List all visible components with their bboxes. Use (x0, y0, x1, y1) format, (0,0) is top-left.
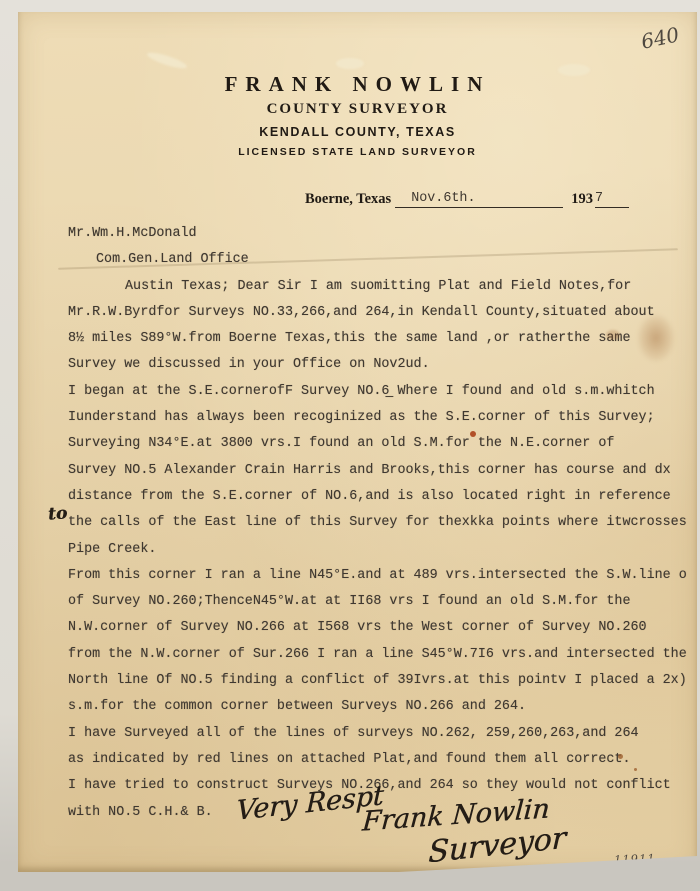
letter-paper: FRANK NOWLIN COUNTY SURVEYOR KENDALL COU… (18, 12, 697, 872)
typed-line: Mr.R.W.Byrdfor Surveys NO.33,266,and 264… (68, 300, 693, 326)
handwritten-margin-note: to (47, 503, 68, 524)
dateline: Boerne, Texas Nov.6th. 193 7 (305, 190, 629, 208)
typed-line: the calls of the East line of this Surve… (68, 510, 693, 536)
typed-line-recipient-name: Mr.Wm.H.McDonald (68, 221, 693, 247)
dateline-year-suffix: 7 (595, 190, 629, 208)
dateline-date: Nov.6th. (395, 190, 563, 208)
typed-line: distance from the S.E.corner of NO.6,and… (68, 484, 693, 510)
typed-line: Pipe Creek. (68, 537, 693, 563)
typed-line: s.m.for the common corner between Survey… (68, 694, 693, 720)
letterhead-title: COUNTY SURVEYOR (18, 101, 697, 118)
typed-line: from the N.W.corner of Sur.266 I ran a l… (68, 642, 693, 668)
dateline-place: Boerne, Texas (305, 191, 391, 208)
typed-line: of Survey NO.260;ThenceN45°W.at at II68 … (68, 589, 693, 615)
letterhead-license: LICENSED STATE LAND SURVEYOR (18, 146, 697, 158)
typed-line: North line Of NO.5 finding a conflict of… (68, 668, 693, 694)
pencil-number-bottom-right: 11911 (614, 851, 656, 866)
typed-line: I began at the S.E.cornerofF Survey NO.6… (68, 379, 693, 405)
typed-line: N.W.corner of Survey NO.266 at I568 vrs … (68, 615, 693, 641)
typed-line: Survey NO.5 Alexander Crain Harris and B… (68, 458, 693, 484)
typed-line: as indicated by red lines on attached Pl… (68, 747, 693, 773)
typed-line: I have Surveyed all of the lines of surv… (68, 721, 693, 747)
letterhead-name: FRANK NOWLIN (18, 72, 697, 97)
letterhead: FRANK NOWLIN COUNTY SURVEYOR KENDALL COU… (18, 72, 697, 158)
typed-line: Surveying N34°E.at 3800 vrs.I found an o… (68, 431, 693, 457)
paper-chip (336, 58, 364, 69)
typed-line: Iunderstand has always been recoginized … (68, 405, 693, 431)
letterhead-county: KENDALL COUNTY, TEXAS (18, 125, 697, 139)
scanned-letter: FRANK NOWLIN COUNTY SURVEYOR KENDALL COU… (0, 0, 700, 891)
paper-chip (146, 50, 189, 72)
typed-line: Survey we discussed in your Office on No… (68, 352, 693, 378)
typed-line-recipient-office: Com.Gen.Land Office (68, 247, 693, 273)
typed-line: From this corner I ran a line N45°E.and … (68, 563, 693, 589)
typed-line: 8½ miles S89°W.from Boerne Texas,this th… (68, 326, 693, 352)
typed-body: Mr.Wm.H.McDonald Com.Gen.Land Office Aus… (68, 221, 693, 826)
dateline-year-prefix: 193 (571, 191, 593, 208)
typed-line: Austin Texas; Dear Sir I am suomitting P… (68, 274, 693, 300)
pencil-number-top-right: 640 (639, 22, 681, 53)
